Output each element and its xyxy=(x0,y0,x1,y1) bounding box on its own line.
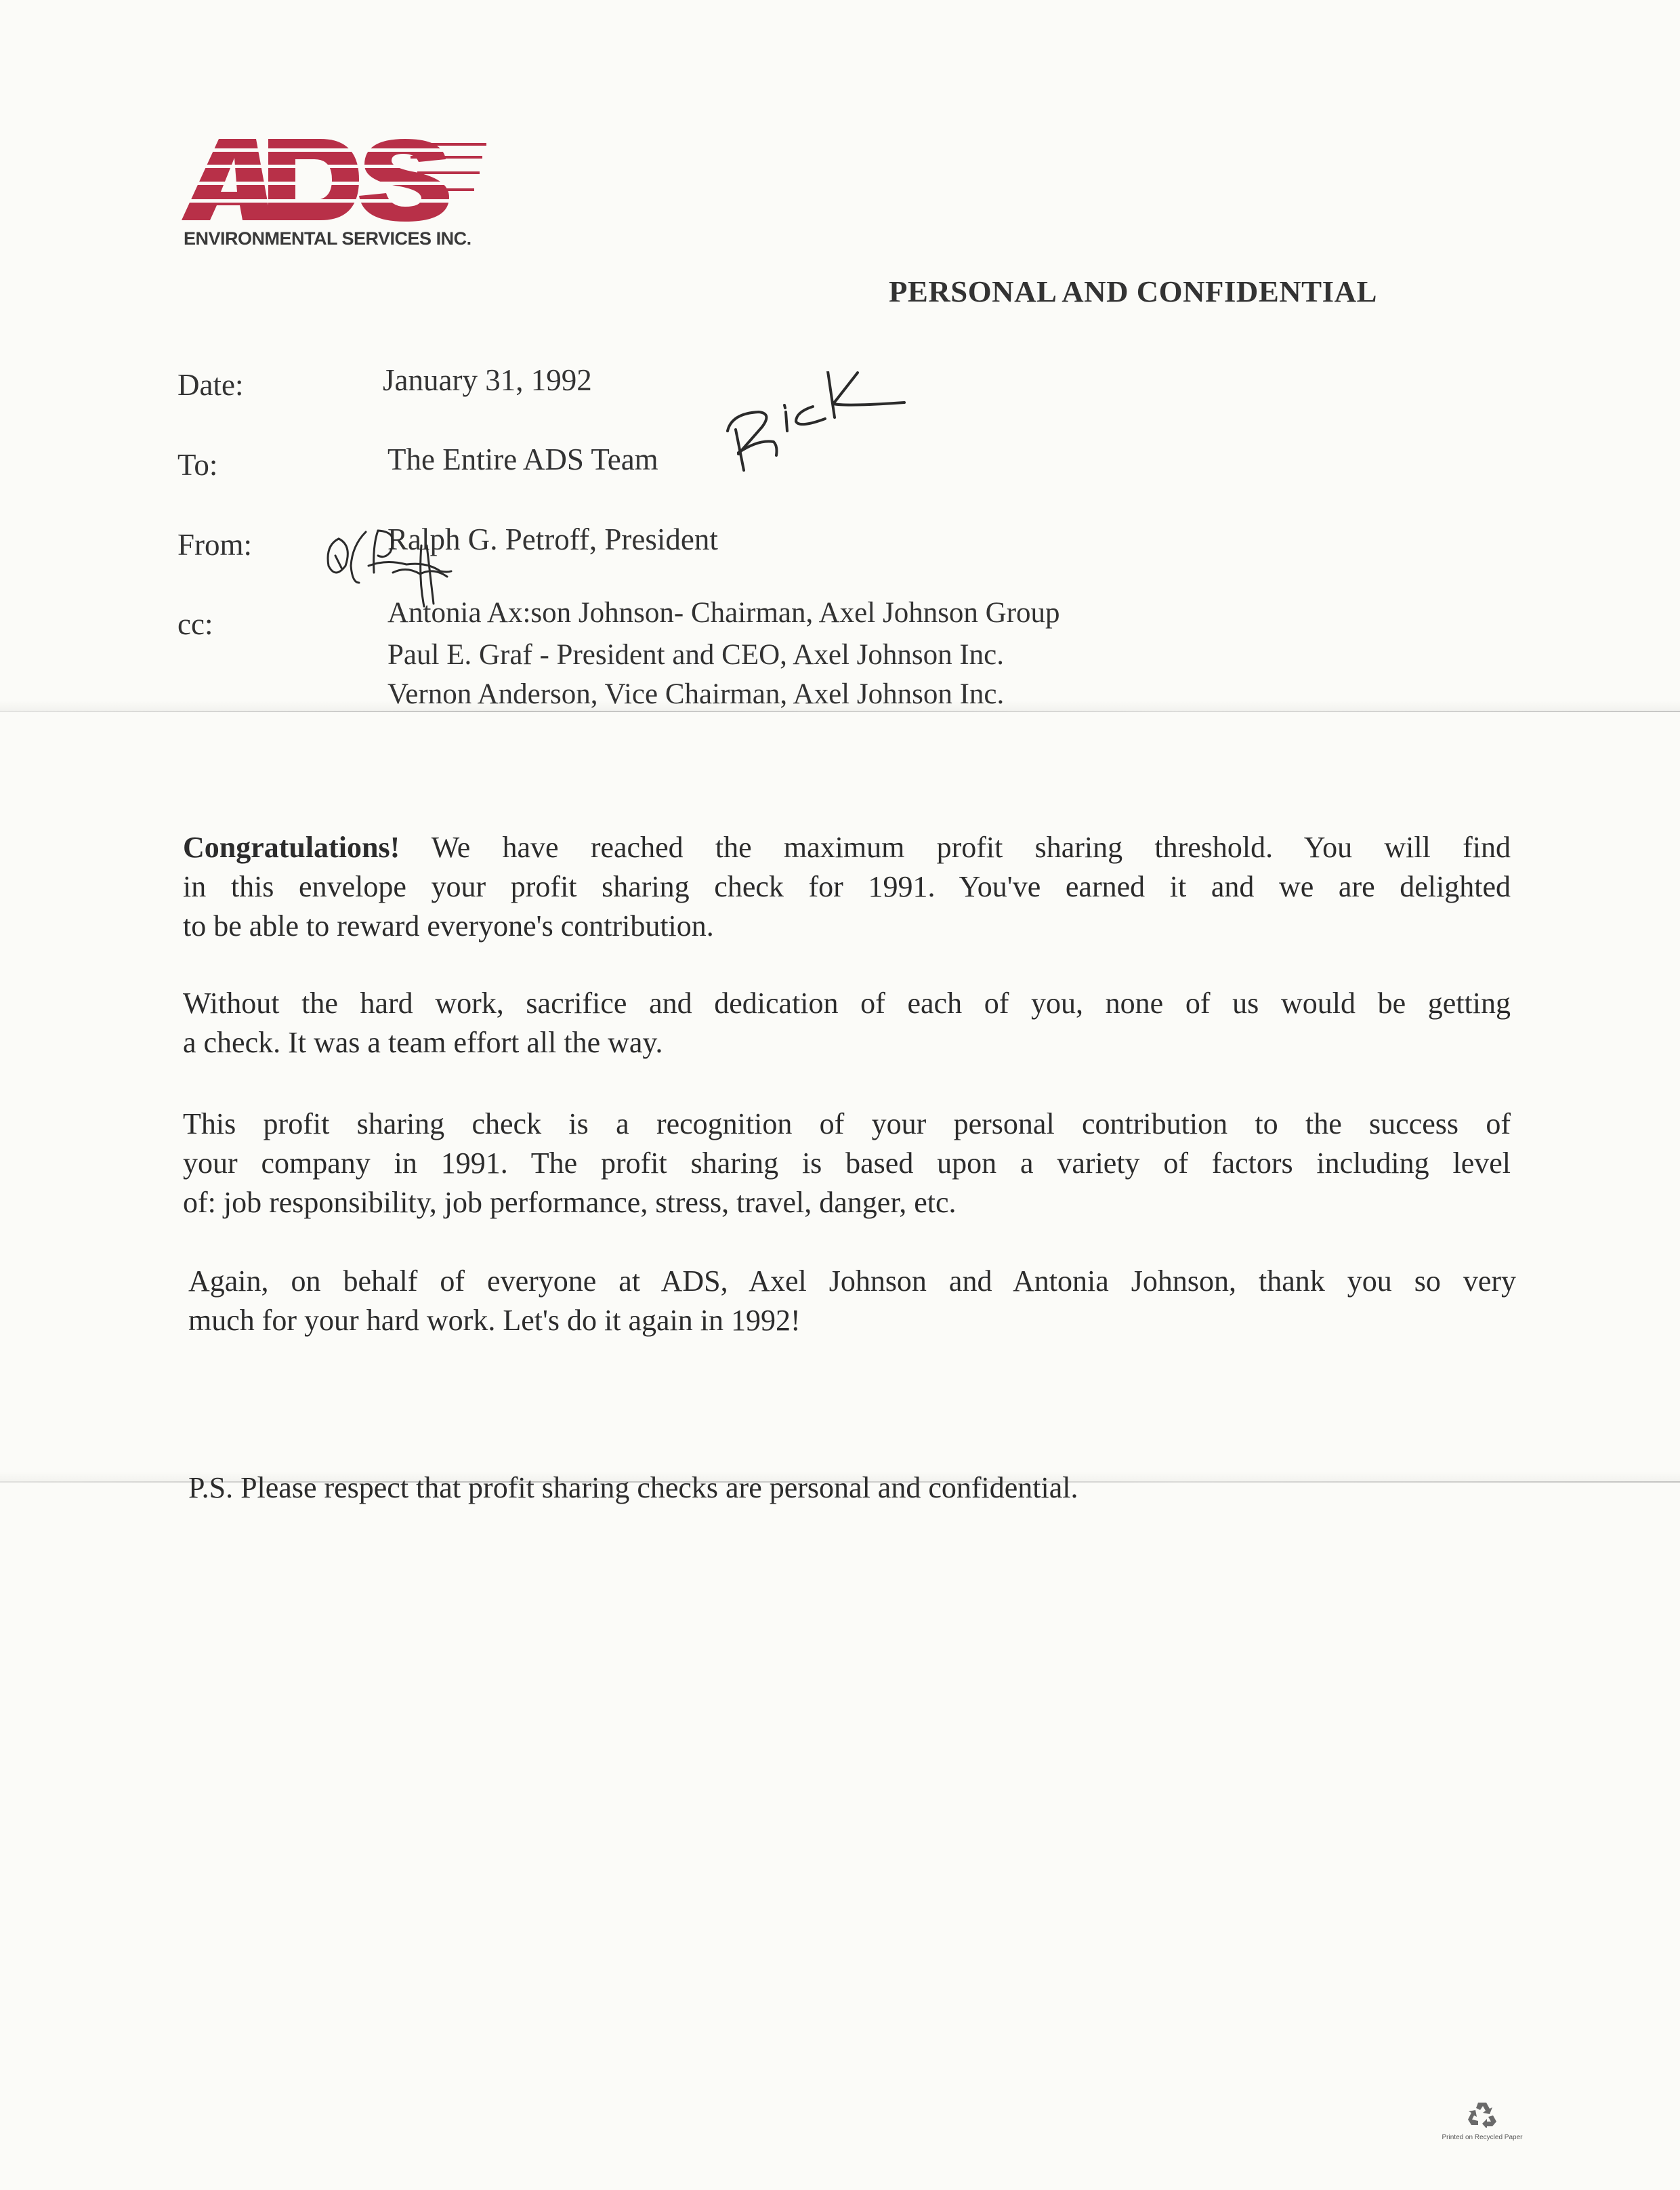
cc-item: Paul E. Graf - President and CEO, Axel J… xyxy=(387,638,1004,672)
company-tagline: ENVIRONMENTAL SERVICES INC. xyxy=(184,228,471,249)
postscript: P.S. Please respect that profit sharing … xyxy=(188,1470,1078,1505)
body-line: Again, on behalf of everyone at ADS, Axe… xyxy=(188,1262,1516,1301)
recycled-paper-mark: Printed on Recycled Paper xyxy=(1421,2101,1543,2155)
to-value: The Entire ADS Team xyxy=(387,442,658,477)
fold-line xyxy=(0,711,1680,712)
signature xyxy=(325,518,481,627)
recycle-icon xyxy=(1467,2101,1497,2128)
body-line: Without the hard work, sacrifice and ded… xyxy=(183,984,1511,1023)
congratulations-lead: Congratulations! xyxy=(183,831,400,864)
cc-label: cc: xyxy=(177,606,213,642)
paragraph-thank-you: Again, on behalf of everyone at ADS, Axe… xyxy=(188,1262,1516,1340)
recycle-label: Printed on Recycled Paper xyxy=(1421,2134,1543,2141)
to-label: To: xyxy=(177,447,217,482)
ads-logo-icon xyxy=(182,139,486,224)
cc-item: Antonia Ax:son Johnson- Chairman, Axel J… xyxy=(387,596,1060,629)
body-line: in this envelope your profit sharing che… xyxy=(183,867,1511,907)
paragraph-congratulations: Congratulations! We have reached the max… xyxy=(183,828,1511,946)
cc-item: Vernon Anderson, Vice Chairman, Axel Joh… xyxy=(387,678,1004,711)
date-label: Date: xyxy=(177,367,243,402)
paragraph-recognition: This profit sharing check is a recogniti… xyxy=(183,1104,1511,1222)
body-line: a check. It was a team effort all the wa… xyxy=(183,1023,1511,1062)
body-line: much for your hard work. Let's do it aga… xyxy=(188,1301,1516,1340)
from-label: From: xyxy=(177,527,252,562)
body-line: This profit sharing check is a recogniti… xyxy=(183,1104,1511,1144)
body-line: We have reached the maximum profit shari… xyxy=(400,831,1511,864)
date-value: January 31, 1992 xyxy=(383,363,592,398)
handwritten-recipient-note xyxy=(711,371,915,487)
body-line: your company in 1991. The profit sharing… xyxy=(183,1144,1511,1183)
paragraph-team-effort: Without the hard work, sacrifice and ded… xyxy=(183,984,1511,1062)
confidential-heading: PERSONAL AND CONFIDENTIAL xyxy=(889,274,1377,309)
body-line: of: job responsibility, job performance,… xyxy=(183,1183,1511,1222)
company-logo: ENVIRONMENTAL SERVICES INC. xyxy=(182,139,486,254)
body-line: to be able to reward everyone's contribu… xyxy=(183,907,1511,946)
